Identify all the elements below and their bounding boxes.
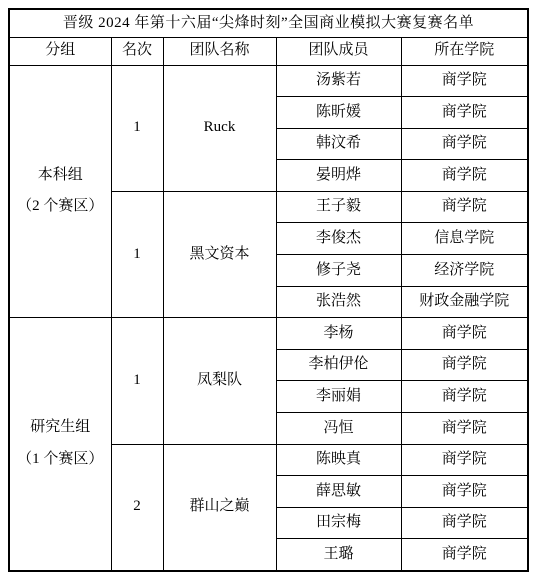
member-name-cell: 晏明烨 [276, 160, 401, 192]
member-college-cell: 商学院 [401, 97, 528, 129]
member-name-cell: 田宗梅 [276, 507, 401, 539]
member-name-cell: 张浩然 [276, 286, 401, 318]
team-name-cell: 群山之巅 [163, 444, 276, 570]
table-title: 晋级 2024 年第十六届“尖烽时刻”全国商业模拟大赛复赛名单 [9, 9, 528, 37]
col-header-team-name: 团队名称 [163, 37, 276, 65]
col-header-college: 所在学院 [401, 37, 528, 65]
member-name-cell: 冯恒 [276, 413, 401, 445]
member-name-cell: 汤紫若 [276, 65, 401, 97]
col-header-rank: 名次 [111, 37, 163, 65]
member-name-cell: 王子毅 [276, 191, 401, 223]
member-college-cell: 商学院 [401, 413, 528, 445]
member-name-cell: 薛思敏 [276, 476, 401, 508]
title-row: 晋级 2024 年第十六届“尖烽时刻”全国商业模拟大赛复赛名单 [9, 9, 528, 37]
rank-cell: 1 [111, 65, 163, 191]
member-college-cell: 商学院 [401, 507, 528, 539]
member-name-cell: 陈昕媛 [276, 97, 401, 129]
member-college-cell: 商学院 [401, 191, 528, 223]
member-name-cell: 修子尧 [276, 255, 401, 287]
group-cell-undergraduate: 本科组 （2 个赛区） [9, 65, 111, 318]
member-college-cell: 商学院 [401, 476, 528, 508]
member-name-cell: 李柏伊伦 [276, 349, 401, 381]
rank-cell: 2 [111, 444, 163, 570]
member-college-cell: 商学院 [401, 65, 528, 97]
member-college-cell: 经济学院 [401, 255, 528, 287]
group-name: 研究生组 [12, 412, 109, 444]
rank-cell: 1 [111, 318, 163, 444]
member-college-cell: 商学院 [401, 160, 528, 192]
team-name-cell: Ruck [163, 65, 276, 191]
member-name-cell: 李杨 [276, 318, 401, 350]
member-college-cell: 商学院 [401, 128, 528, 160]
table-row: 研究生组 （1 个赛区） 1 凤梨队 李杨 商学院 [9, 318, 528, 350]
member-name-cell: 李丽娟 [276, 381, 401, 413]
group-region-count: （1 个赛区） [12, 444, 109, 476]
header-row: 分组 名次 团队名称 团队成员 所在学院 [9, 37, 528, 65]
document-page: 晋级 2024 年第十六届“尖烽时刻”全国商业模拟大赛复赛名单 分组 名次 团队… [0, 0, 534, 581]
member-college-cell: 商学院 [401, 444, 528, 476]
member-name-cell: 李俊杰 [276, 223, 401, 255]
group-name: 本科组 [12, 160, 109, 192]
team-name-cell: 凤梨队 [163, 318, 276, 444]
member-college-cell: 信息学院 [401, 223, 528, 255]
member-college-cell: 商学院 [401, 349, 528, 381]
roster-table: 晋级 2024 年第十六届“尖烽时刻”全国商业模拟大赛复赛名单 分组 名次 团队… [8, 8, 529, 572]
member-name-cell: 韩汶希 [276, 128, 401, 160]
col-header-group: 分组 [9, 37, 111, 65]
rank-cell: 1 [111, 191, 163, 317]
team-name-cell: 黑文资本 [163, 191, 276, 317]
group-region-count: （2 个赛区） [12, 191, 109, 223]
table-row: 本科组 （2 个赛区） 1 Ruck 汤紫若 商学院 [9, 65, 528, 97]
member-name-cell: 陈映真 [276, 444, 401, 476]
member-college-cell: 商学院 [401, 318, 528, 350]
member-college-cell: 商学院 [401, 381, 528, 413]
member-college-cell: 财政金融学院 [401, 286, 528, 318]
group-cell-graduate: 研究生组 （1 个赛区） [9, 318, 111, 571]
col-header-members: 团队成员 [276, 37, 401, 65]
member-name-cell: 王璐 [276, 539, 401, 571]
member-college-cell: 商学院 [401, 539, 528, 571]
